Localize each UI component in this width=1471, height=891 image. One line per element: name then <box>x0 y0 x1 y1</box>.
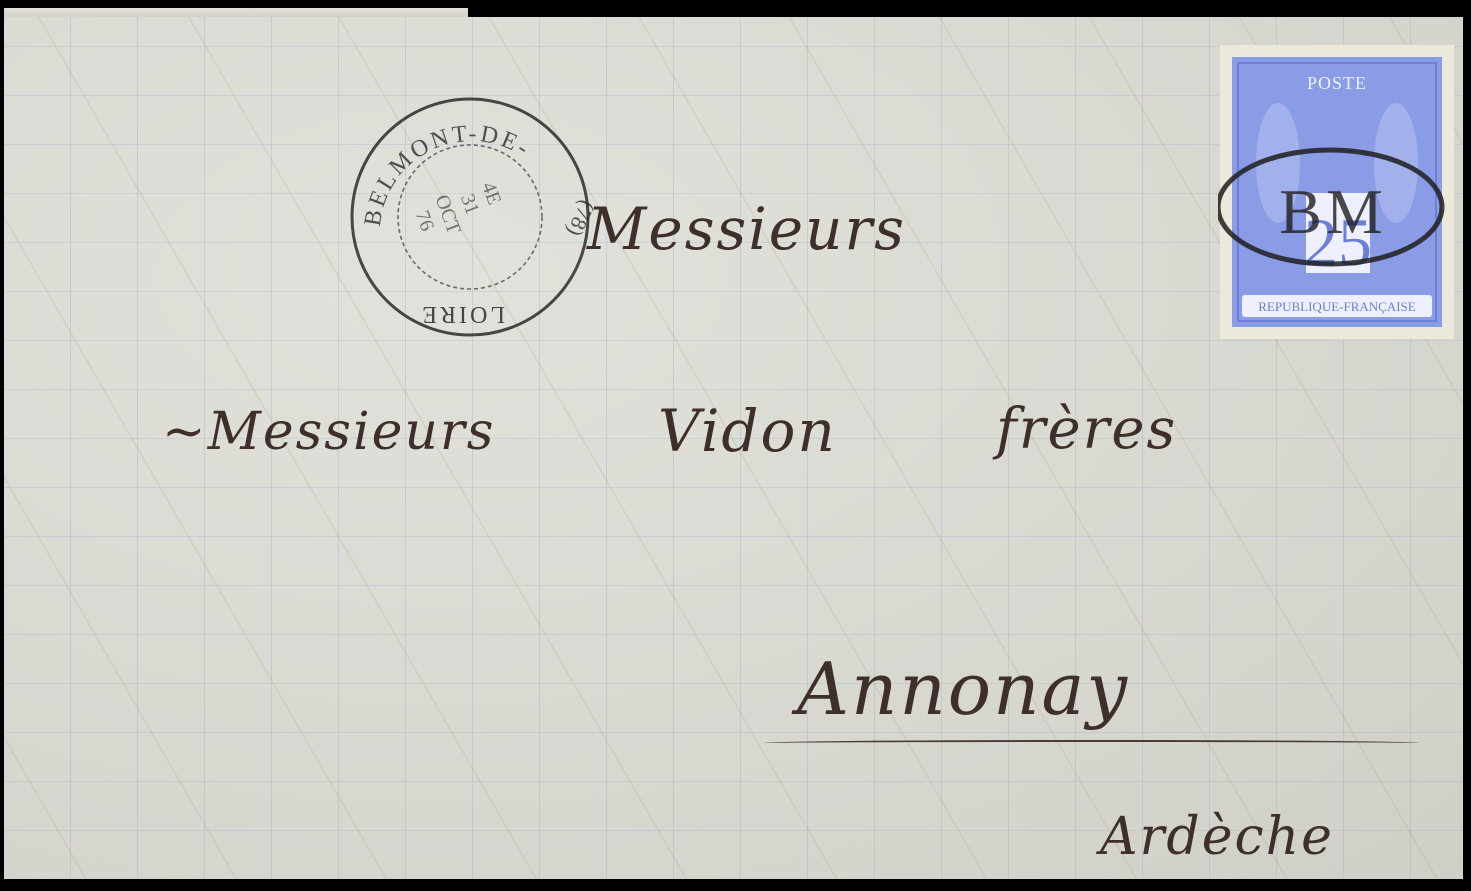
address-region: Ardèche <box>1100 807 1334 867</box>
letter-sheet: BELMONT-DE- LOIRE 4E 31 OCT 76 (78) POST… <box>4 17 1463 879</box>
postmark-dept: LOIRE <box>419 301 505 327</box>
address-salutation: Messieurs <box>587 195 906 263</box>
stamp-header: POSTE <box>1307 73 1367 93</box>
stamp-footer: REPUBLIQUE-FRANÇAISE <box>1258 299 1416 314</box>
postage-stamp: POSTE 25 REPUBLIQUE-FRANÇAISE BM <box>1218 43 1456 341</box>
city-underline <box>764 740 1419 746</box>
stamp-cancel: BM <box>1279 176 1387 247</box>
svg-text:LOIRE: LOIRE <box>419 301 505 327</box>
address-recipient-name: Vidon <box>658 397 837 465</box>
postmark-date-4: 76 <box>411 208 439 234</box>
circular-datestamp: BELMONT-DE- LOIRE 4E 31 OCT 76 (78) <box>340 87 600 347</box>
address-line-prefix: ~Messieurs <box>162 402 495 462</box>
address-city: Annonay <box>797 647 1129 731</box>
address-recipient-suffix: frères <box>996 397 1177 462</box>
